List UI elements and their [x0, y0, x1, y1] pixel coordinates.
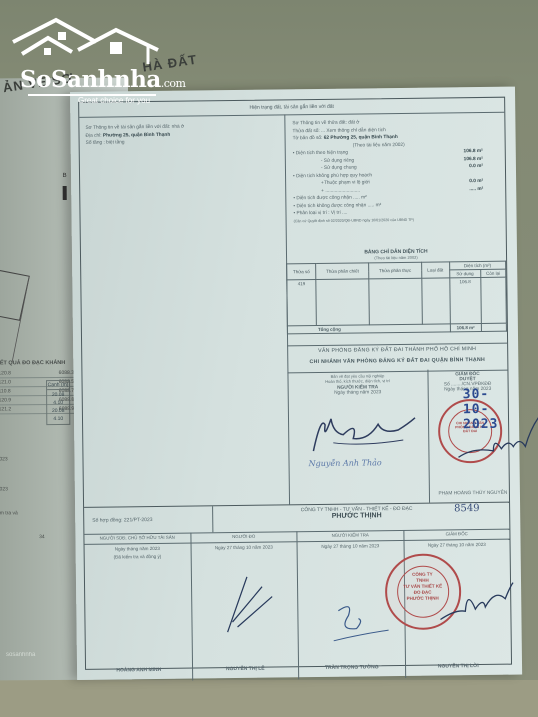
- area-table-header: Thửa phân chiết: [316, 263, 369, 280]
- underlying-misc: 2023: [0, 456, 8, 462]
- total-value: 106.8 m²: [450, 323, 481, 331]
- signer-name: HOÀNG ANH MINH: [86, 667, 192, 674]
- underlying-misc: ắm tra và: [0, 510, 18, 516]
- underlying-misc: 2023: [0, 486, 8, 492]
- area-current-label: Diện tích theo hiện trạng: [296, 151, 348, 157]
- inspector-date: Ngày tháng năm 2023: [288, 390, 428, 397]
- watermark-tagline: Great choice for you: [78, 96, 150, 105]
- signer-title: GIÁM ĐỐC: [446, 531, 468, 536]
- area-private-label: Sử dụng riêng: [324, 158, 354, 163]
- document-frame: Hiện trạng đất, tài sản gắn liền với đất…: [78, 97, 512, 670]
- house-logo-icon: [8, 14, 168, 74]
- signer-name: NGUYỄN THỊ LÊ: [193, 665, 299, 672]
- signer-column-director: Ngày 27 tháng 10 năm 2023 CÔNG TYTNHHTƯ …: [404, 539, 511, 678]
- map-sheet-label: Tờ bản đồ số:: [293, 136, 323, 141]
- approval-section: Bản vẽ đạt yêu cầu nội nghiệp Hoàn thổ, …: [287, 369, 509, 505]
- not-recognized-value: ..... m²: [368, 203, 382, 208]
- floors-line: Số tầng : biệt tầng: [86, 137, 279, 147]
- signer-name: NGUYỄN THỊ LỜI: [406, 663, 512, 670]
- signer-name: TRẦN TRỌNG TƯỜNG: [299, 664, 405, 671]
- director-name: PHẠM HOÀNG THÚY NGUYÊN: [437, 491, 509, 497]
- north-label: B: [63, 173, 67, 179]
- planning-other-value: ..... m²: [469, 185, 483, 193]
- inspector-signature: [303, 410, 419, 456]
- signer-date: Ngày 27 tháng 10 năm 2023: [404, 542, 510, 548]
- signer-note: (Đã kiểm tra và đồng ý): [85, 554, 191, 560]
- map-sheet-value: 62 Phường 25, quận Bình Thạnh: [324, 135, 398, 141]
- signer-date: Ngày 27 tháng 10 năm 2023: [298, 543, 404, 549]
- surveyor-signature: [216, 572, 277, 643]
- area-table-section: BẢNG CHỈ DẪN DIỆN TÍCH (Theo tài liệu nă…: [286, 248, 507, 351]
- table-cell: [316, 279, 370, 326]
- table-cell: [481, 277, 507, 323]
- contract-value: 221/PT-2023: [124, 517, 153, 523]
- table-cell: [481, 323, 506, 331]
- watermark-logo: SoSanhnha.com Great choice for you: [8, 14, 168, 104]
- table-row: 419 106.8: [287, 277, 507, 326]
- signature-body: Ngày tháng năm 2023 (Đã kiểm tra và đồng…: [85, 539, 512, 682]
- area-table-header: Thửa số: [287, 264, 316, 280]
- signer-column-surveyor: Ngày 27 tháng 10 năm 2023 NGUYỄN THỊ LÊ: [191, 541, 299, 680]
- director-signature: [453, 406, 538, 462]
- contract-label: Số hợp đồng:: [92, 517, 122, 523]
- table-surface: [0, 680, 538, 717]
- signer-title: NGƯỜI KIỂM TRA: [332, 532, 369, 537]
- inspector-name-script: Nguyễn Anh Thảo: [309, 458, 382, 468]
- watermark-small: sosanhnha: [6, 652, 35, 658]
- north-arrow-icon: [63, 186, 67, 200]
- total-label: Tổng cộng: [287, 324, 450, 334]
- watermark-brand: SoSanhnha.com: [20, 66, 185, 93]
- position-label: Phân loại vị trí : Vị trí ....: [296, 211, 347, 217]
- watermark-domain: .com: [161, 77, 186, 90]
- signer-column-owner: Ngày tháng năm 2023 (Đã kiểm tra và đồng…: [85, 543, 193, 682]
- document-page: Hiện trạng đất, tài sản gắn liền với đất…: [70, 87, 522, 680]
- table-cell: 106.8: [449, 277, 481, 323]
- canh-value: 4.10: [47, 399, 69, 407]
- planning-scope-value: 0.0 m²: [469, 178, 483, 186]
- recognized-label: Diện tích được công nhận: [296, 196, 351, 202]
- director-signature-company: [434, 579, 515, 630]
- asset-info-column: Sơ Thông tin về tài sản gắn liền với đất…: [79, 114, 290, 506]
- canh-value: 4.10: [47, 415, 69, 423]
- office-line2: CHI NHÁNH VĂN PHÒNG ĐĂNG KÝ ĐẤT ĐAI QUẬN…: [287, 355, 507, 368]
- table-cell: 419: [287, 280, 317, 326]
- canh-column: Cạnh (m) 20.084.1020.084.10: [46, 380, 70, 425]
- contract-number: Số hợp đồng: 221/PT-2023: [84, 506, 213, 534]
- signer-title: NGƯỜI SDĐ, CHỦ SỞ HỮU TÀI SẢN: [100, 535, 175, 541]
- planning-scope-label: +Thuộc phạm vi lộ giới: [321, 180, 370, 186]
- signer-date: Ngày 27 tháng 10 năm 2023: [191, 544, 297, 550]
- parcel-sketch: [0, 248, 70, 369]
- handwritten-number: 8549: [454, 503, 480, 514]
- inspector-note2: Hoàn thổ, kích thước, diện tích, vị trí: [288, 378, 428, 385]
- address-value: Phường 25, quận Bình Thạnh: [103, 132, 170, 138]
- total-row: Tổng cộng 106.8 m²: [287, 323, 506, 334]
- survey-company-section: Số hợp đồng: 221/PT-2023 CÔNG TY TNHH - …: [84, 502, 511, 682]
- recognized-value: ..... m²: [353, 195, 367, 200]
- canh-header: Cạnh (m): [47, 381, 69, 390]
- not-recognized-label: Diện tích không được công nhận: [296, 203, 366, 209]
- area-table: Thửa số Thửa phân chiết Thửa phân thực L…: [286, 261, 507, 335]
- area-shared-label: Sử dụng chung: [324, 166, 357, 171]
- area-table-header: Thửa phân thực: [369, 262, 421, 279]
- canh-value: 20.08: [47, 391, 69, 399]
- table-cell: [421, 278, 450, 324]
- planning-label: Diện tích không phù hợp quy hoạch: [296, 173, 372, 179]
- signer-date: Ngày tháng năm 2023: [85, 546, 191, 552]
- watermark-brand-name: SoSanhnha: [20, 66, 161, 93]
- coordinate-table-title: KẾT QUẢ ĐO ĐẠC KHÁNH: [0, 360, 74, 367]
- signer-title: NGƯỜI ĐO: [232, 534, 255, 539]
- table-cell: [369, 278, 422, 325]
- address-label: Địa chỉ:: [86, 133, 102, 138]
- area-table-header: Loại đất: [421, 262, 449, 278]
- underlying-misc: 34: [39, 534, 45, 540]
- area-shared-value: 0.0 m²: [469, 163, 483, 171]
- canh-value: 20.08: [47, 407, 69, 415]
